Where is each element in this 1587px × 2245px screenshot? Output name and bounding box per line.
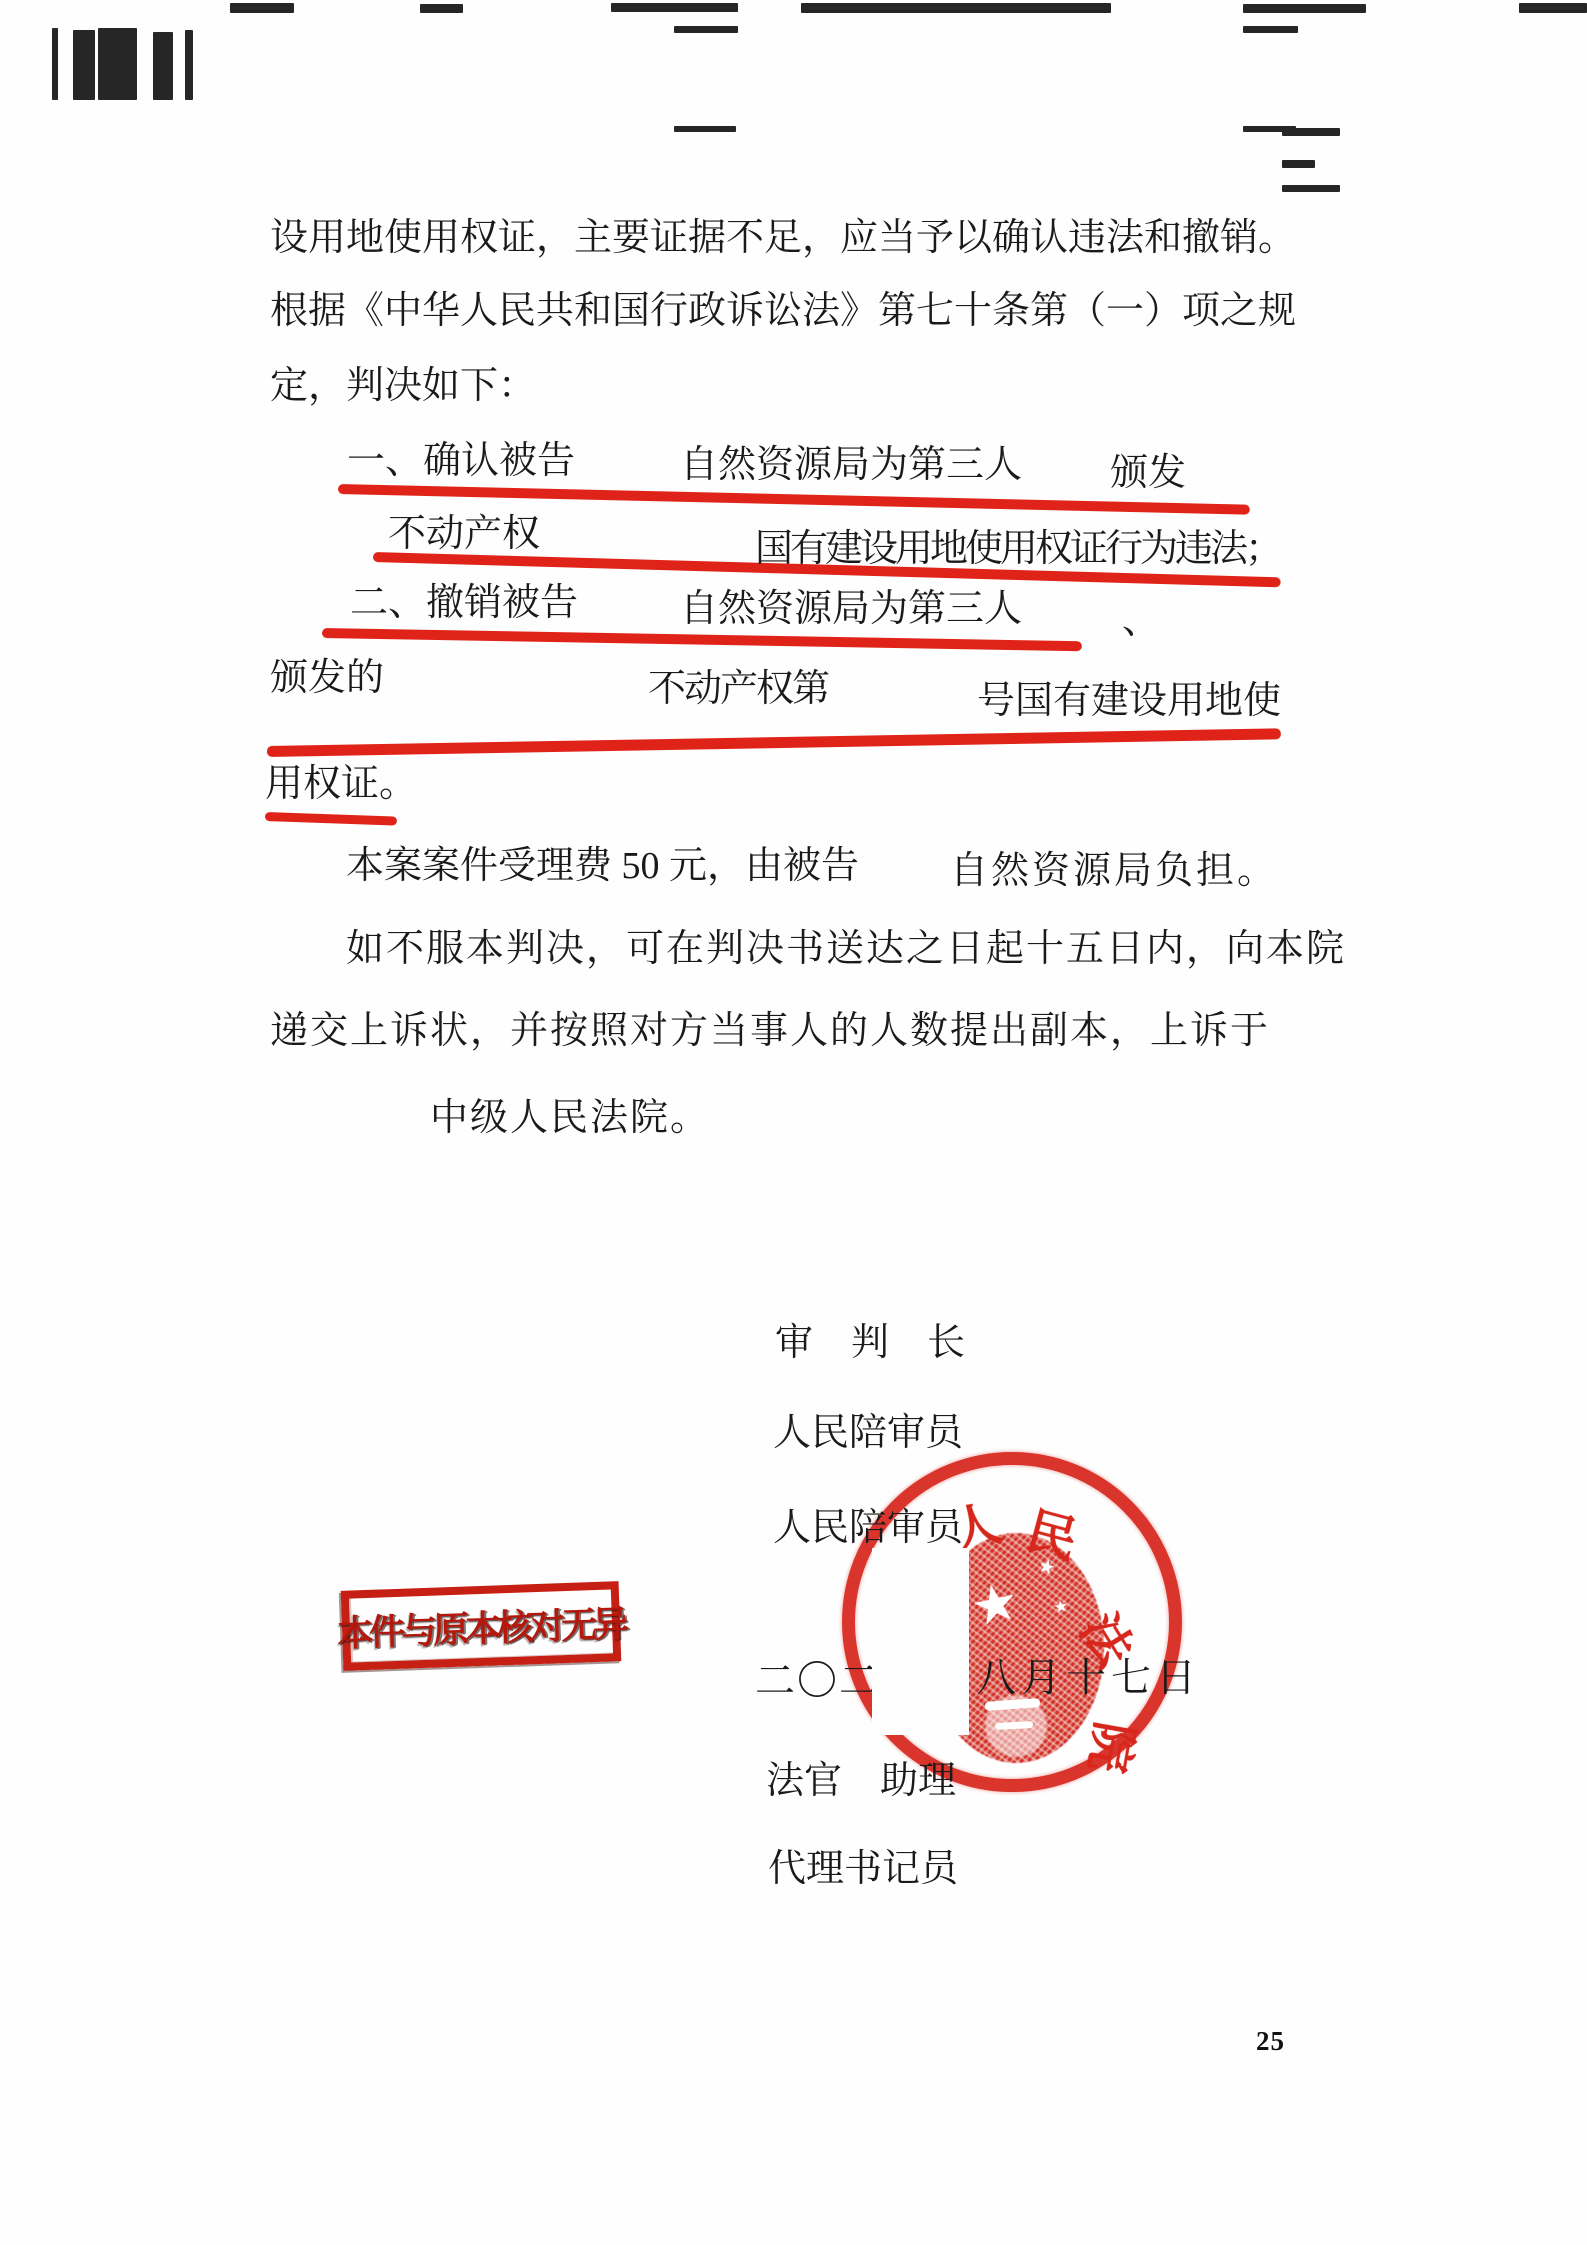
- signature-juror-1: 人民陪审员: [773, 1412, 963, 1456]
- underline-5: [265, 812, 397, 826]
- court-fee-line: 本案案件受理费 50 元，由被告: [346, 845, 859, 889]
- scan-artifact-mark: [1282, 185, 1340, 192]
- judgment-item-1-cert: 不动产权: [388, 513, 540, 557]
- scan-artifact-mark: [1243, 4, 1366, 13]
- scan-artifact-mark: [1519, 3, 1587, 13]
- scan-artifact-mark: [801, 3, 1111, 13]
- seal-star-icon: ★: [1053, 1599, 1070, 1617]
- document-page: 设用地使用权证，主要证据不足，应当予以确认违法和撤销。 根据《中华人民共和国行政…: [0, 0, 1587, 2245]
- scan-artifact-mark: [1243, 26, 1298, 33]
- scan-artifact-mark: [185, 30, 193, 100]
- judgment-item-2-defendant: 自然资源局为第三人: [680, 588, 1022, 632]
- scan-artifact-mark: [674, 126, 736, 132]
- judgment-item-1-defendant: 自然资源局为第三人: [680, 444, 1022, 488]
- scan-artifact-mark: [52, 28, 58, 100]
- judgment-item-1-illegal: 国有建设用地使用权证行为违法；: [755, 528, 1280, 572]
- signature-acting-clerk: 代理书记员: [768, 1848, 958, 1892]
- judgment-item-1-lead: 一、确认被告: [347, 440, 575, 484]
- scan-artifact-mark: [1282, 128, 1340, 136]
- page-number: 25: [1256, 2026, 1285, 2057]
- scan-artifact-mark: [1282, 160, 1315, 168]
- judgment-item-2-lead: 二、撤销被告: [350, 582, 578, 626]
- date-line-suffix: 八月十七日: [976, 1655, 1201, 1701]
- scan-artifact-mark: [674, 26, 738, 33]
- verification-stamp-text: 本件与原本核对无异: [336, 1595, 626, 1656]
- scan-artifact-mark: [420, 4, 463, 13]
- court-fee-bearer: 自然资源局负担。: [950, 850, 1278, 894]
- scan-artifact-mark: [611, 3, 738, 12]
- verification-stamp: 本件与原本核对无异: [341, 1581, 622, 1671]
- body-line-3: 定，判决如下：: [270, 365, 536, 409]
- appeal-court: 中级人民法院。: [430, 1097, 710, 1141]
- scan-artifact-mark: [230, 3, 294, 13]
- underline-4: [267, 728, 1281, 757]
- scan-artifact-mark: [98, 28, 137, 100]
- signature-juror-2: 人民陪审员: [773, 1507, 963, 1551]
- judgment-item-2-cert-end: 用权证。: [265, 763, 417, 807]
- appeal-line-2: 递交上诉状，并按照对方当事人的人数提出副本，上诉于: [270, 1010, 1270, 1054]
- judgment-item-2-comma: 、: [1122, 600, 1160, 644]
- scan-artifact-mark: [73, 30, 95, 100]
- judgment-item-2-cert-type: 号国有建设用地使: [977, 680, 1281, 724]
- date-line-prefix: 二〇二: [755, 1658, 881, 1704]
- judgment-item-1-issue: 颁发: [1110, 452, 1186, 496]
- signature-presiding-judge: 审 判 长: [775, 1322, 965, 1366]
- redaction-box: [872, 1548, 969, 1735]
- body-line-1: 设用地使用权证，主要证据不足，应当予以确认违法和撤销。: [270, 217, 1296, 261]
- scan-artifact-mark: [153, 32, 173, 100]
- judgment-item-2-issued: 颁发的: [270, 657, 384, 701]
- body-line-2: 根据《中华人民共和国行政诉讼法》第七十条第（一）项之规: [270, 290, 1296, 334]
- appeal-line-1: 如不服本判决，可在判决书送达之日起十五日内，向本院: [346, 928, 1346, 972]
- judgment-item-2-cert-no: 不动产权第: [648, 668, 828, 712]
- signature-judge-assistant: 法官 助理: [766, 1760, 956, 1804]
